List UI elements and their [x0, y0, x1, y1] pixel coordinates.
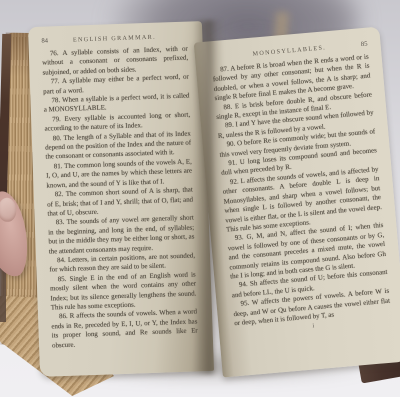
- left-page-content: 84 ENGLISH GRAMMAR. 76. A syllable consi…: [41, 33, 198, 351]
- running-head-left: ENGLISH GRAMMAR.: [55, 33, 173, 44]
- left-page-header: 84 ENGLISH GRAMMAR.: [41, 33, 187, 45]
- book-page-right: MONOSYLLABLES. 85 87. A before R is broa…: [194, 27, 400, 378]
- paragraph: 85. Single E in the end of an English wo…: [50, 270, 197, 313]
- book-photo: 84 ENGLISH GRAMMAR. 76. A syllable consi…: [0, 0, 400, 397]
- right-page-content: MONOSYLLABLES. 85 87. A before R is broa…: [211, 41, 392, 337]
- paragraph: 83. The sounds of any vowel are generall…: [48, 214, 195, 257]
- header-spacer: [211, 58, 225, 59]
- page-number-right: 85: [353, 41, 368, 49]
- paragraph: 86. R affects the sounds of vowels. When…: [51, 308, 198, 351]
- book-page-left: 84 ENGLISH GRAMMAR. 76. A syllable consi…: [28, 21, 214, 377]
- page-number-left: 84: [41, 37, 55, 44]
- thumb-nail: [0, 197, 17, 222]
